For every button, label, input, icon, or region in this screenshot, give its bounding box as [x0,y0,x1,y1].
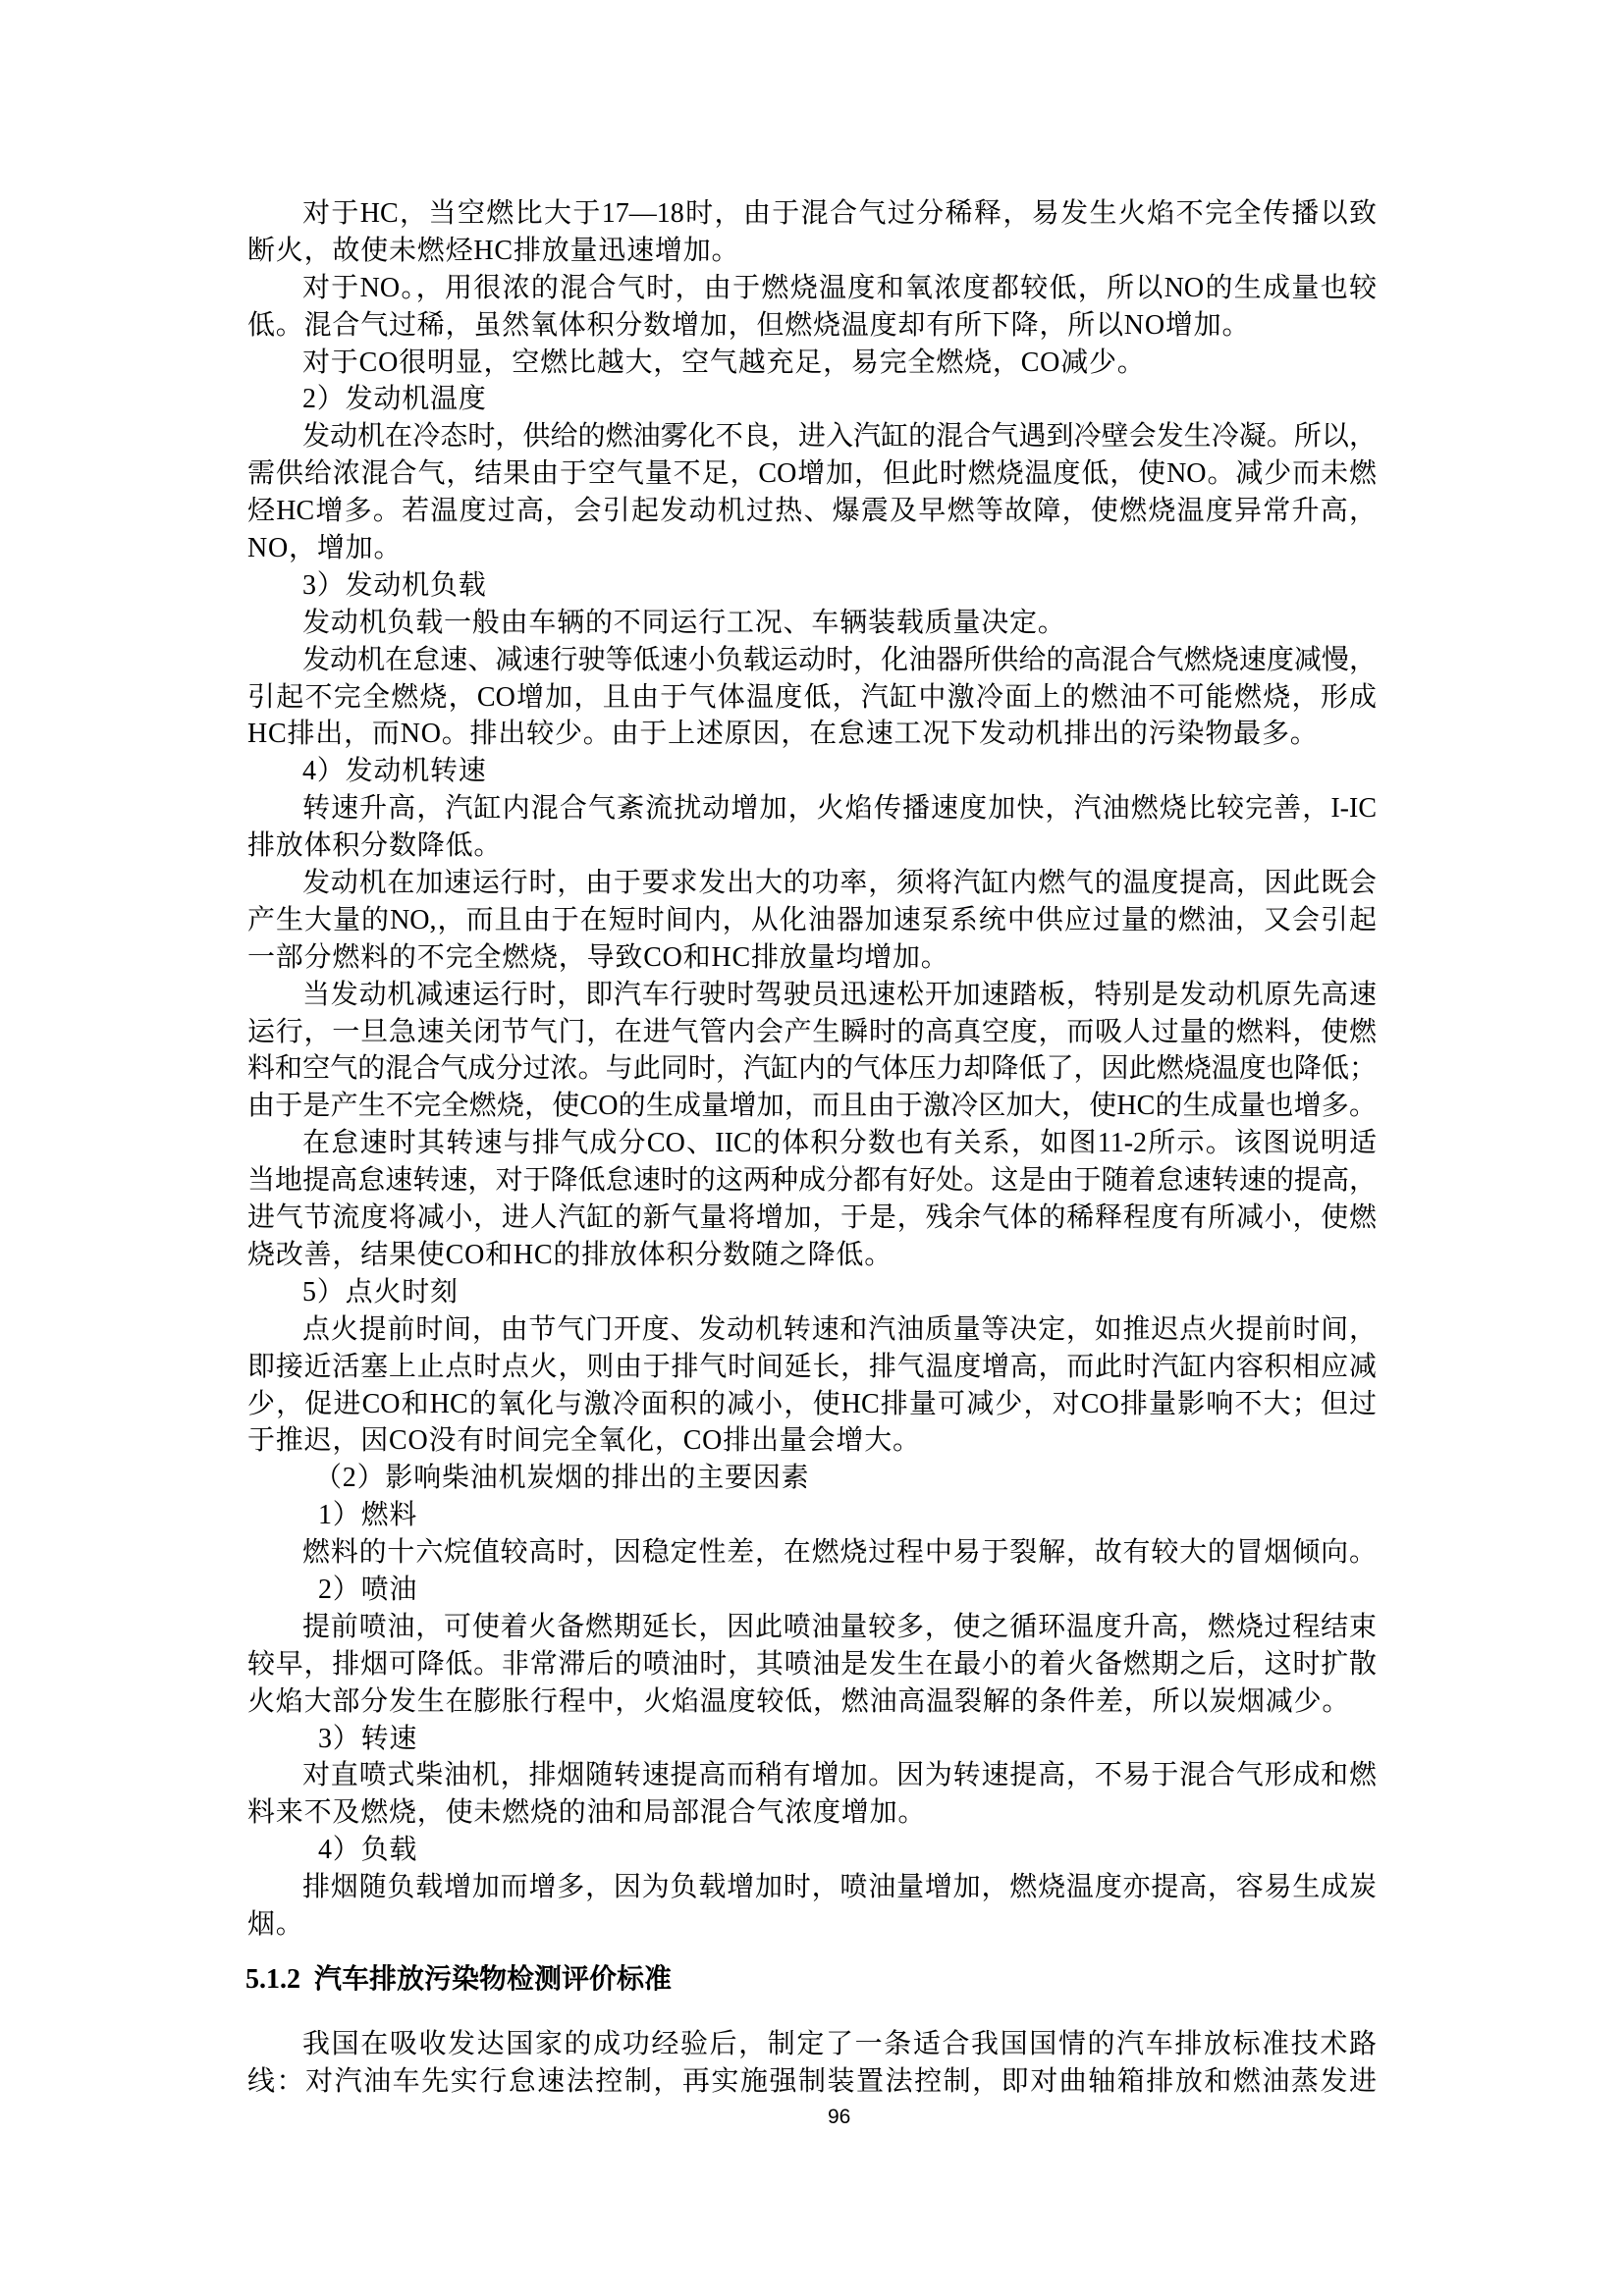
text-line: 产生大量的NO,，而且由于在短时间内，从化油器加速泵系统中供应过量的燃油，又会引… [247,902,1377,939]
paragraph: 发动机在加速运行时，由于要求发出大的功率，须将汽缸内燃气的温度提高，因此既会 产… [247,865,1377,977]
text-line: 发动机在冷态时，供给的燃油雾化不良，进入汽缸的混合气遇到冷壁会发生冷凝。所以， [247,418,1377,455]
text-line: 少，促进CO和HC的氧化与激冷面积的减小，使HC排量可减少，对CO排量影响不大；… [247,1386,1377,1423]
text-line: 对于CO很明显，空燃比越大，空气越充足，易完全燃烧，CO减少。 [247,345,1377,382]
text-line: 发动机在加速运行时，由于要求发出大的功率，须将汽缸内燃气的温度提高，因此既会 [247,865,1377,902]
text-line: 较早，排烟可降低。非常滞后的喷油时，其喷油是发生在最小的着火备燃期之后，这时扩散 [247,1646,1377,1683]
text-line: 料和空气的混合气成分过浓。与此同时，汽缸内的气体压力却降低了，因此燃烧温度也降低… [247,1050,1377,1088]
text-line: 燃料的十六烷值较高时，因稳定性差，在燃烧过程中易于裂解，故有较大的冒烟倾向。 [247,1534,1377,1572]
body-text-section: 我国在吸收发达国家的成功经验后，制定了一条适合我国国情的汽车排放标准技术路 线：… [247,2026,1377,2101]
paragraph: 对于CO很明显，空燃比越大，空气越充足，易完全燃烧，CO减少。 [247,345,1377,382]
subheading: 2）喷油 [247,1572,1377,1609]
subheading: 3）转速 [247,1721,1377,1758]
subheading-text: 5）点火时刻 [247,1274,1377,1311]
paragraph: 在怠速时其转速与排气成分CO、IIC的体积分数也有关系，如图11-2所示。该图说… [247,1125,1377,1274]
text-line: 料来不及燃烧，使未燃烧的油和局部混合气浓度增加。 [247,1794,1377,1832]
text-line: 运行，一旦急速关闭节气门，在进气管内会产生瞬时的高真空度，而吸人过量的燃料，使燃 [247,1014,1377,1051]
text-line: 我国在吸收发达国家的成功经验后，制定了一条适合我国国情的汽车排放标准技术路 [247,2026,1377,2063]
subheading-text: （2）影响柴油机炭烟的排出的主要因素 [247,1460,1377,1497]
text-line: 烧改善，结果使CO和HC的排放体积分数随之降低。 [247,1237,1377,1274]
section-title: 汽车排放污染物检测评价标准 [314,1964,672,1995]
paragraph: 发动机在怠速、减速行驶等低速小负载运动时，化油器所供给的高混合气燃烧速度减慢， … [247,642,1377,754]
document-page: 对于HC，当空燃比大于17—18时，由于混合气过分稀释，易发生火焰不完全传播以致… [0,0,1624,2296]
text-line: 提前喷油，可使着火备燃期延长，因此喷油量较多，使之循环温度升高，燃烧过程结束 [247,1609,1377,1646]
paragraph: 对直喷式柴油机，排烟随转速提高而稍有增加。因为转速提高，不易于混合气形成和燃 料… [247,1757,1377,1832]
paragraph: 点火提前时间，由节气门开度、发动机转速和汽油质量等决定，如推迟点火提前时间， 即… [247,1311,1377,1461]
subheading-text: 4）负载 [247,1832,1377,1869]
text-line: 进气节流度将减小，进人汽缸的新气量将增加，于是，残余气体的稀释程度有所减小，使燃 [247,1200,1377,1237]
paragraph: 发动机在冷态时，供给的燃油雾化不良，进入汽缸的混合气遇到冷壁会发生冷凝。所以， … [247,418,1377,567]
text-line: 对直喷式柴油机，排烟随转速提高而稍有增加。因为转速提高，不易于混合气形成和燃 [247,1757,1377,1794]
text-line: 发动机在怠速、减速行驶等低速小负载运动时，化油器所供给的高混合气燃烧速度减慢， [247,642,1377,679]
paragraph: 对于HC，当空燃比大于17—18时，由于混合气过分稀释，易发生火焰不完全传播以致… [247,195,1377,270]
subheading: 4）负载 [247,1832,1377,1869]
text-line: 由于是产生不完全燃烧，使CO的生成量增加，而且由于激冷区加大，使HC的生成量也增… [247,1088,1377,1125]
text-line: 低。混合气过稀，虽然氧体积分数增加，但燃烧温度却有所下降，所以NO增加。 [247,307,1377,345]
text-line: 断火，故使未燃烃HC排放量迅速增加。 [247,233,1377,270]
subheading-text: 1）燃料 [247,1497,1377,1534]
subheading-text: 3）转速 [247,1721,1377,1758]
text-line: 排放体积分数降低。 [247,828,1377,865]
text-line: 引起不完全燃烧，CO增加，且由于气体温度低，汽缸中激冷面上的燃油不可能燃烧，形成 [247,679,1377,717]
subheading: 2）发动机温度 [247,381,1377,418]
text-line: 需供给浓混合气，结果由于空气量不足，CO增加，但此时燃烧温度低，使NO。减少而未… [247,455,1377,493]
text-line: 一部分燃料的不完全燃烧，导致CO和HC排放量均增加。 [247,939,1377,977]
text-line: 发动机负载一般由车辆的不同运行工况、车辆装载质量决定。 [247,605,1377,642]
subheading-text: 2）发动机温度 [247,381,1377,418]
text-line: 排烟随负载增加而增多，因为负载增加时，喷油量增加，燃烧温度亦提高，容易生成炭 [247,1869,1377,1906]
subheading-text: 2）喷油 [247,1572,1377,1609]
text-line: 火焰大部分发生在膨胀行程中，火焰温度较低，燃油高温裂解的条件差，所以炭烟减少。 [247,1683,1377,1721]
text-line: 对于HC，当空燃比大于17—18时，由于混合气过分稀释，易发生火焰不完全传播以致 [247,195,1377,233]
paragraph: 排烟随负载增加而增多，因为负载增加时，喷油量增加，燃烧温度亦提高，容易生成炭 烟… [247,1869,1377,1944]
paragraph: 我国在吸收发达国家的成功经验后，制定了一条适合我国国情的汽车排放标准技术路 线：… [247,2026,1377,2101]
text-line: HC排出，而NO。排出较少。由于上述原因，在怠速工况下发动机排出的污染物最多。 [247,716,1377,753]
text-line: 对于NO。，用很浓的混合气时，由于燃烧温度和氧浓度都较低，所以NO的生成量也较 [247,270,1377,307]
text-line: 烟。 [247,1906,1377,1944]
paragraph: 转速升高，汽缸内混合气紊流扰动增加，火焰传播速度加快，汽油燃烧比较完善，I-IC… [247,790,1377,865]
text-line: NO，增加。 [247,530,1377,567]
text-line: 烃HC增多。若温度过高，会引起发动机过热、爆震及早燃等故障，使燃烧温度异常升高， [247,493,1377,530]
text-line: 线：对汽油车先实行怠速法控制，再实施强制装置法控制，即对曲轴箱排放和燃油蒸发进 [247,2063,1377,2101]
subheading-text: 4）发动机转速 [247,753,1377,790]
text-line: 在怠速时其转速与排气成分CO、IIC的体积分数也有关系，如图11-2所示。该图说… [247,1125,1377,1162]
subheading: 4）发动机转速 [247,753,1377,790]
page-number: 96 [828,2106,850,2129]
subheading: 3）发动机负载 [247,567,1377,605]
subheading-level2: （2）影响柴油机炭烟的排出的主要因素 [247,1460,1377,1497]
paragraph: 燃料的十六烷值较高时，因稳定性差，在燃烧过程中易于裂解，故有较大的冒烟倾向。 [247,1534,1377,1572]
paragraph: 发动机负载一般由车辆的不同运行工况、车辆装载质量决定。 [247,605,1377,642]
text-line: 转速升高，汽缸内混合气紊流扰动增加，火焰传播速度加快，汽油燃烧比较完善，I-IC [247,790,1377,828]
text-line: 于推迟，因CO没有时间完全氧化，CO排出量会增大。 [247,1422,1377,1460]
subheading: 5）点火时刻 [247,1274,1377,1311]
subheading: 1）燃料 [247,1497,1377,1534]
text-line: 当地提高怠速转速，对于降低怠速时的这两种成分都有好处。这是由于随着怠速转速的提高… [247,1162,1377,1200]
section-heading: 5.1.2汽车排放污染物检测评价标准 [245,1961,672,1999]
text-line: 点火提前时间，由节气门开度、发动机转速和汽油质量等决定，如推迟点火提前时间， [247,1311,1377,1349]
body-text-section: 对于HC，当空燃比大于17—18时，由于混合气过分稀释，易发生火焰不完全传播以致… [247,195,1377,1944]
subheading-text: 3）发动机负载 [247,567,1377,605]
paragraph: 当发动机减速运行时，即汽车行驶时驾驶员迅速松开加速踏板，特别是发动机原先高速 运… [247,977,1377,1126]
paragraph: 对于NO。，用很浓的混合气时，由于燃烧温度和氧浓度都较低，所以NO的生成量也较 … [247,270,1377,345]
text-line: 当发动机减速运行时，即汽车行驶时驾驶员迅速松开加速踏板，特别是发动机原先高速 [247,977,1377,1014]
text-line: 即接近活塞上止点时点火，则由于排气时间延长，排气温度增高，而此时汽缸内容积相应减 [247,1349,1377,1386]
section-number: 5.1.2 [245,1964,300,1995]
paragraph: 提前喷油，可使着火备燃期延长，因此喷油量较多，使之循环温度升高，燃烧过程结束 较… [247,1609,1377,1721]
